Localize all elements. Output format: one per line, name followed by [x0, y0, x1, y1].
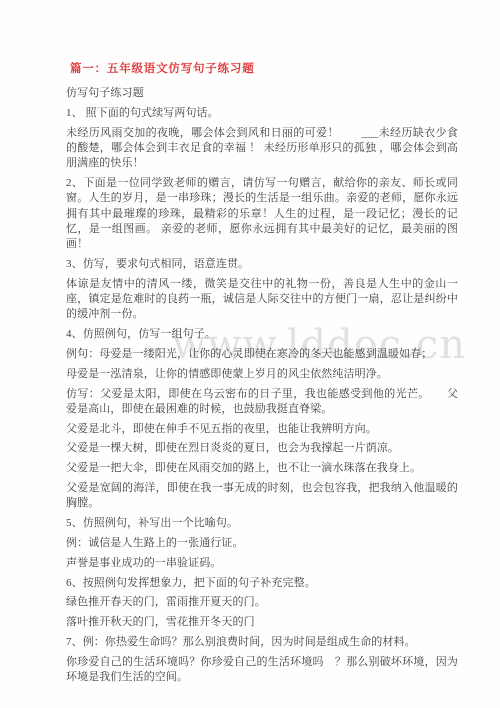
- paragraph: 父爱是一棵大树，即使在烈日炎炎的夏日，也会为我撑起一片荫凉。: [66, 441, 458, 456]
- paragraph: 你珍爱自己的生活环境吗？你珍爱自己的生活环境吗 ？那么别破坏环境，因为环境是我们…: [66, 655, 458, 686]
- paragraph: 未经历风雨交加的夜晚，哪会体会到风和日丽的可爱！ ___未经历缺衣少食的酸楚，哪…: [66, 126, 458, 172]
- paragraph: 7、例：你热爱生命吗？那么别浪费时间，因为时间是组成生命的材料。: [66, 635, 458, 650]
- paragraph: 绿色推开春天的门，雷雨推开夏天的门。: [66, 595, 458, 610]
- paragraph: 5、仿照例句，补写出一个比喻句。: [66, 516, 458, 531]
- paragraph: 3、仿写，要求句式相同，语意连贯。: [66, 257, 458, 272]
- paragraph: 例：诚信是人生路上的一张通行证。: [66, 536, 458, 551]
- paragraph: 父爱是一把大伞，即使在风雨交加的路上，也不让一滴水珠落在我身上。: [66, 461, 458, 476]
- document-page: www.lddoc.cn 篇一：五年级语文仿写句子练习题 仿写句子练习题1、 照…: [0, 0, 500, 708]
- document-title: 篇一：五年级语文仿写句子练习题: [70, 60, 458, 76]
- paragraph: 例句：母爱是一缕阳光，让你的心灵即使在寒冷的冬天也能感到温暖如春；: [66, 347, 458, 362]
- paragraph: 2、下面是一位同学致老师的赠言，请仿写一句赠言，献给你的亲友、师长或同窗。人生的…: [66, 176, 458, 252]
- paragraph: 仿写：父爱是太阳，即使在乌云密布的日子里，我也能感受到他的光芒。 父爱是高山，即…: [66, 387, 458, 418]
- paragraph: 声誉是事业成功的一串验证码。: [66, 556, 458, 571]
- paragraph-list: 仿写句子练习题1、 照下面的句式续写两句话。未经历风雨交加的夜晚，哪会体会到风和…: [66, 86, 458, 685]
- paragraph: 父爱是北斗，即使在伸手不见五指的夜里，也能让我辨明方向。: [66, 422, 458, 437]
- paragraph: 母爱是一泓清泉，让你的情感即使蒙上岁月的风尘依然纯洁明净。: [66, 367, 458, 382]
- paragraph: 1、 照下面的句式续写两句话。: [66, 106, 458, 121]
- document-body: 篇一：五年级语文仿写句子练习题 仿写句子练习题1、 照下面的句式续写两句话。未经…: [66, 60, 458, 690]
- paragraph: 4、仿照例句，仿写一组句子。: [66, 327, 458, 342]
- paragraph: 6、按照例句发挥想象力，把下面的句子补充完整。: [66, 576, 458, 591]
- paragraph: 仿写句子练习题: [66, 86, 458, 101]
- paragraph: 落叶推开秋天的门，雪花推开冬天的门: [66, 615, 458, 630]
- paragraph: 体谅是友情中的清风一缕，微笑是交往中的礼物一份，善良是人生中的金山一座，镇定是危…: [66, 277, 458, 323]
- paragraph: 父爱是宽阔的海洋，即使在我一事无成的时刻，也会包容我，把我纳入他温暖的胸膛。: [66, 481, 458, 512]
